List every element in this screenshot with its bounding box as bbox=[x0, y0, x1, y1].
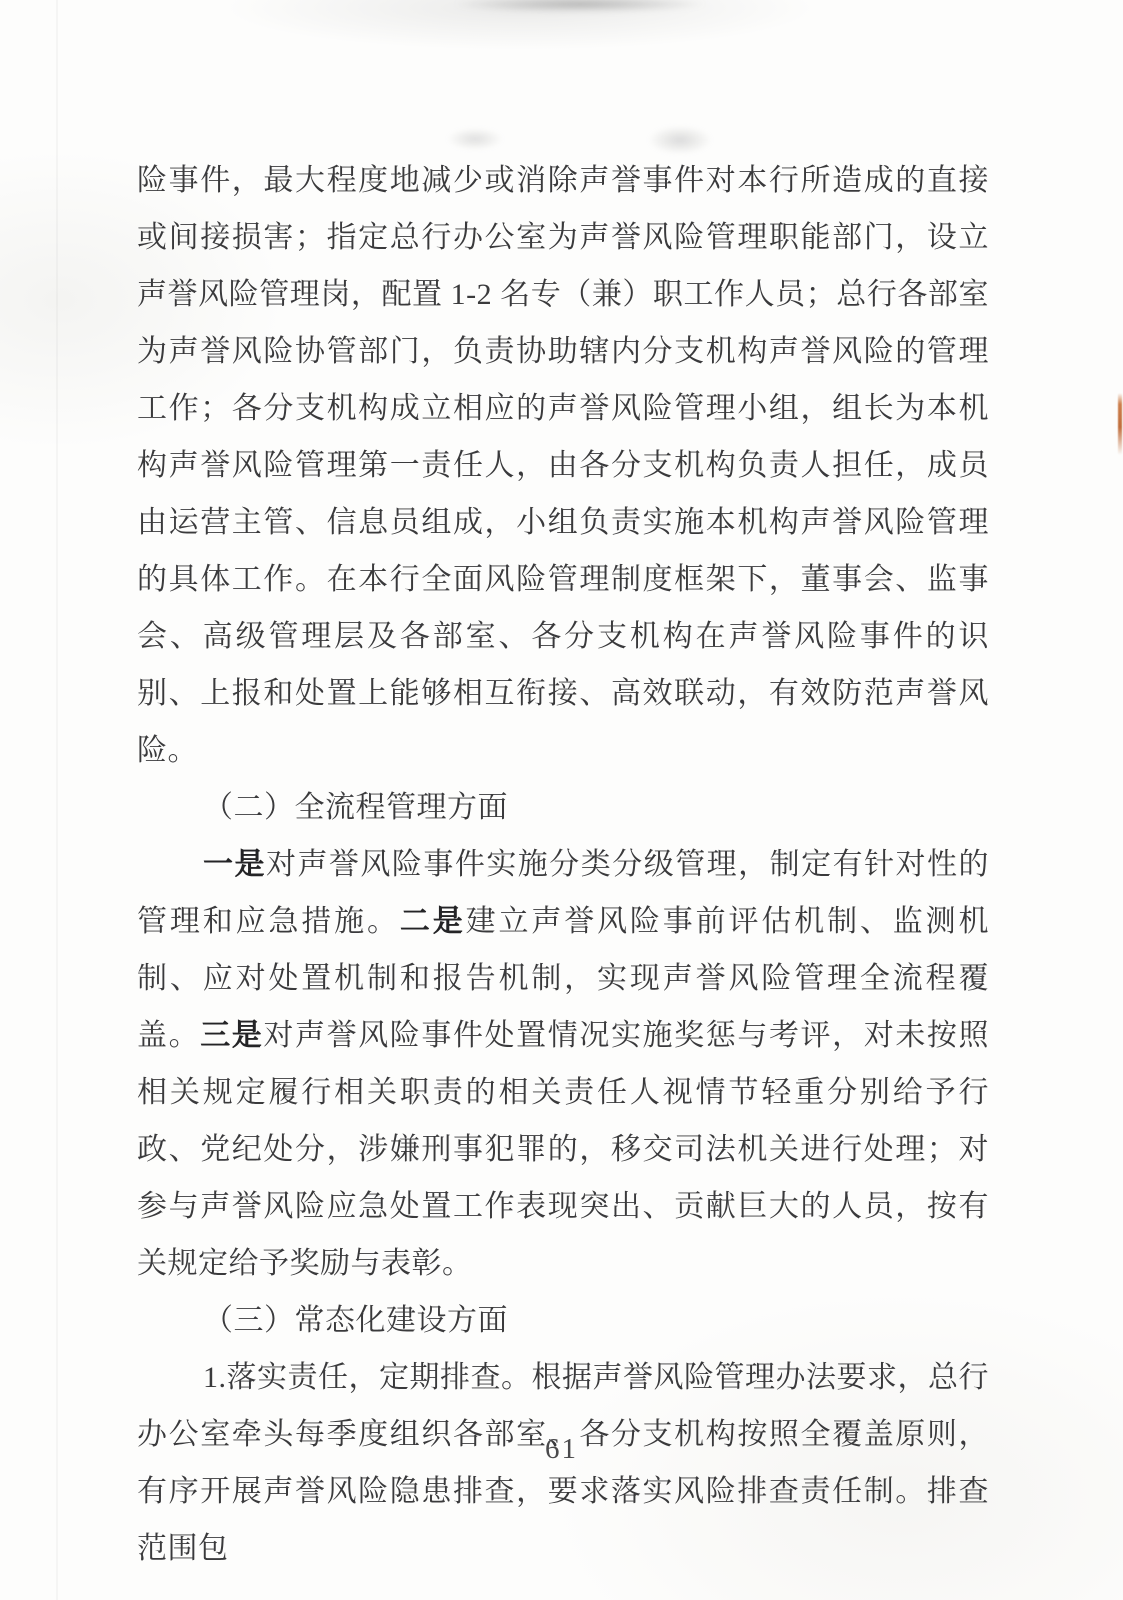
paragraph: 一是对声誉风险事件实施分类分级管理，制定有针对性的管理和应急措施。二是建立声誉风… bbox=[137, 836, 989, 1292]
emphasis-text: 一是 bbox=[203, 848, 266, 881]
paragraph: （二）全流程管理方面 bbox=[137, 779, 989, 836]
scan-smudge-left bbox=[440, 125, 510, 153]
document-body: 险事件，最大程度地减少或消除声誉事件对本行所造成的直接或间接损害；指定总行办公室… bbox=[137, 152, 989, 1577]
body-text: 险事件，最大程度地减少或消除声誉事件对本行所造成的直接或间接损害；指定总行办公室… bbox=[137, 164, 989, 767]
scan-streak-edge bbox=[1118, 393, 1122, 455]
page-number: 61 bbox=[545, 1433, 578, 1465]
body-text: （二）全流程管理方面 bbox=[203, 791, 508, 824]
document-page: 险事件，最大程度地减少或消除声誉事件对本行所造成的直接或间接损害；指定总行办公室… bbox=[0, 0, 1123, 1600]
paragraph: （三）常态化建设方面 bbox=[137, 1292, 989, 1349]
emphasis-text: 二是 bbox=[400, 905, 466, 938]
paragraph: 险事件，最大程度地减少或消除声誉事件对本行所造成的直接或间接损害；指定总行办公室… bbox=[137, 152, 989, 779]
page-footer: 61 bbox=[0, 1433, 1123, 1466]
body-text: 对声誉风险事件处置情况实施奖惩与考评，对未按照相关规定履行相关职责的相关责任人视… bbox=[137, 1019, 989, 1280]
body-text: （三）常态化建设方面 bbox=[203, 1304, 508, 1337]
scan-smudge-top bbox=[430, 0, 730, 14]
emphasis-text: 三是 bbox=[200, 1019, 263, 1052]
scan-line-artifact bbox=[56, 0, 58, 1600]
